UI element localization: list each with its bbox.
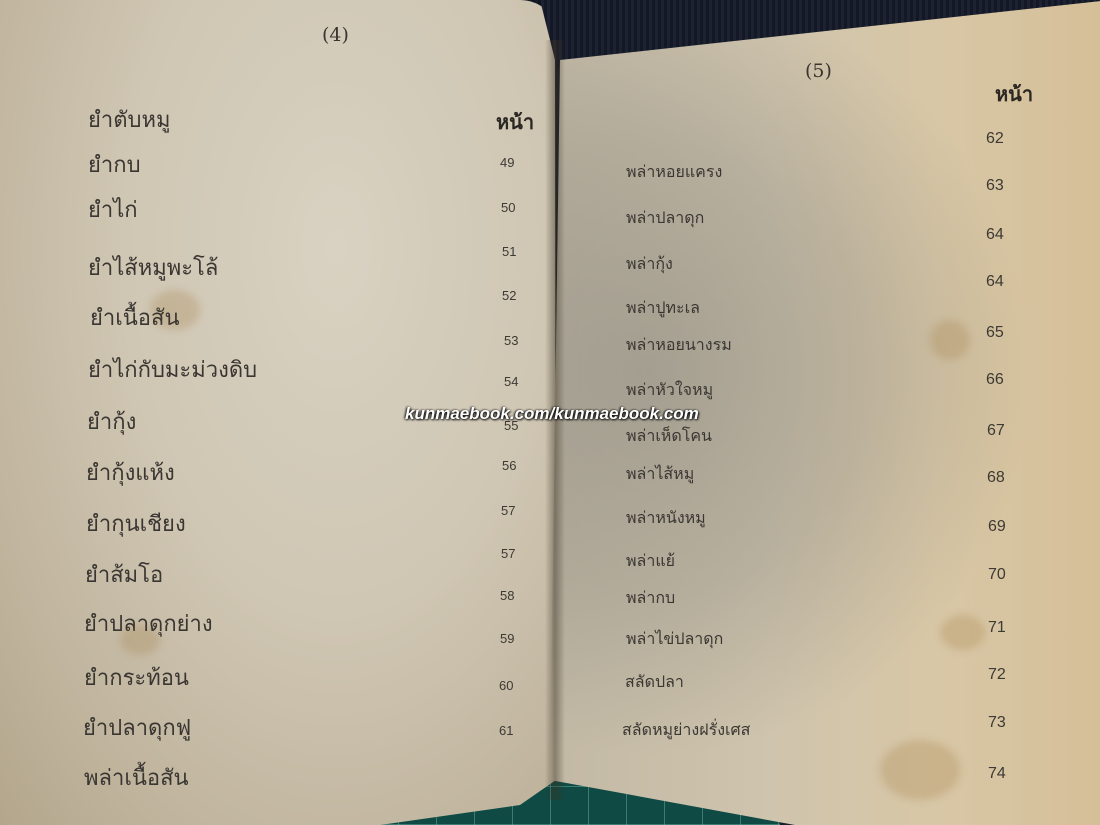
toc-entry-page: 56: [502, 458, 516, 473]
toc-entry-page: 67: [987, 422, 1005, 440]
toc-entry-title: พล่ากบ: [626, 586, 675, 611]
toc-entry-title: ยำกุ้งแห้ง: [86, 455, 175, 490]
toc-entry-page: 57: [501, 503, 515, 518]
toc-entry-title: ยำไก่กับมะม่วงดิบ: [88, 352, 257, 387]
toc-entry-page: 64: [986, 273, 1004, 291]
toc-entry-title: พล่าปลาดุก: [626, 206, 704, 231]
toc-entry-page: 61: [499, 723, 513, 738]
toc-entry-title: ยำกุ้ง: [87, 404, 136, 439]
toc-entry-title: พล่าเห็ดโคน: [626, 424, 712, 449]
toc-entry-title: พล่าปูทะเล: [626, 296, 700, 321]
toc-entry-title: พล่าแย้: [626, 549, 675, 574]
toc-entry-page: 52: [502, 288, 516, 303]
toc-entry-title: ยำเนื้อสัน: [90, 300, 179, 335]
toc-entry-page: 62: [986, 130, 1004, 148]
toc-entry-page: 58: [500, 588, 514, 603]
toc-entry-page: 51: [502, 244, 516, 259]
toc-entry-title: พล่าหนังหมู: [626, 506, 706, 531]
right-column-header: หน้า: [995, 78, 1033, 110]
toc-entry-title: พล่าหัวใจหมู: [626, 378, 713, 403]
toc-entry-title: สลัดหมูย่างฝรั่งเศส: [622, 718, 750, 743]
paper-stain: [940, 615, 985, 650]
toc-entry-page: 63: [986, 177, 1004, 195]
toc-entry-page: 53: [504, 333, 518, 348]
paper-stain: [930, 320, 970, 360]
toc-entry-page: 57: [501, 546, 515, 561]
toc-entry-page: 68: [987, 469, 1005, 487]
toc-entry-page: 64: [986, 226, 1004, 244]
toc-entry-title: พล่ากุ้ง: [626, 252, 673, 277]
toc-entry-page: 71: [988, 619, 1006, 637]
left-column-header: หน้า: [496, 106, 534, 138]
toc-entry-page: 72: [988, 666, 1006, 684]
toc-entry-page: 70: [988, 566, 1006, 584]
toc-entry-title: ยำปลาดุกย่าง: [84, 606, 213, 641]
toc-entry-title: พล่าเนื้อสัน: [84, 760, 189, 795]
toc-entry-title: พล่าไส้หมู: [626, 462, 694, 487]
toc-entry-page: 54: [504, 374, 518, 389]
watermark-text: kunmaebook.com/kunmaebook.com: [405, 404, 699, 424]
paper-stain: [880, 740, 960, 800]
toc-entry-title: สลัดปลา: [625, 670, 684, 695]
toc-entry-title: ยำตับหมู: [88, 102, 171, 137]
toc-entry-page: 66: [986, 371, 1004, 389]
right-page-number: (5): [805, 60, 832, 82]
toc-entry-page: 69: [988, 518, 1006, 536]
left-page-number: (4): [322, 24, 349, 46]
toc-entry-title: ยำกุนเชียง: [86, 506, 186, 541]
toc-entry-page: 50: [501, 200, 515, 215]
toc-entry-title: ยำไส้หมูพะโล้: [88, 250, 218, 285]
toc-entry-title: ยำส้มโอ: [85, 557, 163, 592]
toc-entry-page: 65: [986, 324, 1004, 342]
toc-entry-page: 59: [500, 631, 514, 646]
toc-entry-page: 49: [500, 155, 514, 170]
toc-entry-title: ยำกบ: [88, 147, 141, 182]
toc-entry-title: ยำปลาดุกฟู: [83, 710, 191, 745]
toc-entry-page: 74: [988, 765, 1006, 783]
toc-entry-page: 73: [988, 714, 1006, 732]
toc-entry-title: ยำไก่: [88, 192, 138, 227]
toc-entry-page: 60: [499, 678, 513, 693]
toc-entry-title: พล่าหอยแครง: [626, 160, 722, 185]
toc-entry-title: ยำกระท้อน: [84, 660, 189, 695]
toc-entry-title: พล่าหอยนางรม: [626, 333, 732, 358]
toc-entry-title: พล่าไข่ปลาดุก: [626, 627, 723, 652]
